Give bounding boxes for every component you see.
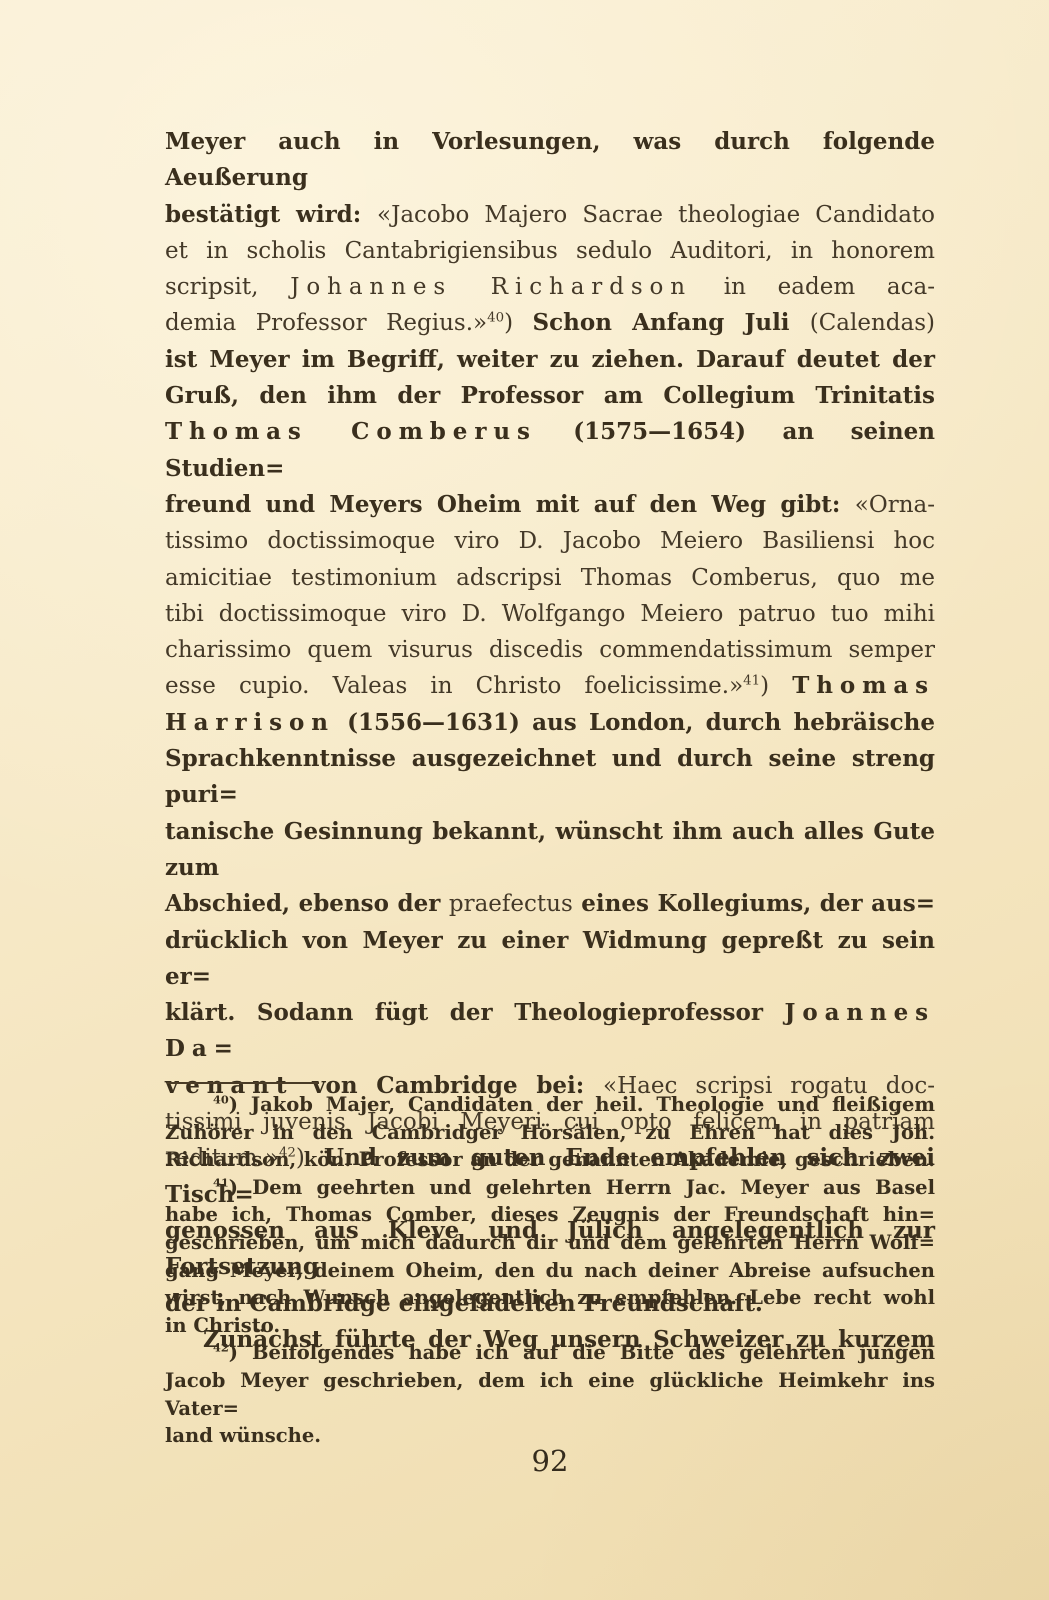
text-segment: Thomas Comberus xyxy=(165,418,537,445)
text-segment: ist Meyer im Begriff, weiter zu ziehen. … xyxy=(165,346,935,373)
text-segment: wirst, nach Wunsch angelegentlich zu emp… xyxy=(165,1286,935,1309)
footnotes-lines: 40) Jakob Majer, Candidaten der heil. Th… xyxy=(165,1091,935,1450)
text-segment: et in scholis Cantabrigiensibus sedulo A… xyxy=(165,238,935,264)
footnote-marker: 42 xyxy=(213,1341,229,1355)
text-segment: «Jacobo Majero Sacrae theologiae Candida… xyxy=(377,202,935,228)
footnote-line: wirst, nach Wunsch angelegentlich zu emp… xyxy=(165,1284,935,1312)
text-line: ist Meyer im Begriff, weiter zu ziehen. … xyxy=(165,342,935,378)
text-line: Harrison (1556—1631) aus London, durch h… xyxy=(165,705,935,741)
footnote-line: 40) Jakob Majer, Candidaten der heil. Th… xyxy=(165,1091,935,1119)
footnote-marker: 41 xyxy=(743,674,760,689)
text-line: et in scholis Cantabrigiensibus sedulo A… xyxy=(165,233,935,269)
footnote-marker: 40 xyxy=(213,1093,229,1107)
text-line: drücklich von Meyer zu einer Widmung gep… xyxy=(165,923,935,996)
text-line: tibi doctissimoque viro D. Wolfgango Mei… xyxy=(165,596,935,632)
footnote-line: 41) Dem geehrten und gelehrten Herrn Jac… xyxy=(165,1174,935,1202)
text-segment: «Orna- xyxy=(855,492,935,518)
text-line: klärt. Sodann fügt der Theologieprofesso… xyxy=(165,995,935,1068)
footnote-marker: 41 xyxy=(213,1175,229,1189)
text-line: Abschied, ebenso der praefectus eines Ko… xyxy=(165,886,935,922)
footnote-line: Richardson, kön. Professor an der genann… xyxy=(165,1146,935,1174)
text-segment: Meyer auch in Vorlesungen, was durch fol… xyxy=(165,128,935,191)
text-segment: ) Jakob Majer, Candidaten der heil. Theo… xyxy=(229,1093,935,1116)
footnotes-block: 40) Jakob Majer, Candidaten der heil. Th… xyxy=(165,1082,935,1450)
footnote-separator xyxy=(167,1082,319,1084)
text-line: esse cupio. Valeas in Christo foelicissi… xyxy=(165,668,935,704)
footnote-line: habe ich, Thomas Comber, dieses Zeugnis … xyxy=(165,1201,935,1229)
text-segment: ) xyxy=(760,673,792,699)
text-segment: gang Meyer, deinem Oheim, den du nach de… xyxy=(165,1259,935,1282)
text-segment: praefectus xyxy=(449,891,573,917)
text-line: Thomas Comberus (1575—1654) an seinen St… xyxy=(165,414,935,487)
text-segment: amicitiae testimonium adscripsi Thomas C… xyxy=(165,565,935,591)
footnote-line: gang Meyer, deinem Oheim, den du nach de… xyxy=(165,1257,935,1285)
text-segment: Abschied, ebenso der xyxy=(165,890,449,917)
footnote-line: geschrieben, um mich dadurch dir und dem… xyxy=(165,1229,935,1257)
text-line: demia Professor Regius.»40) Schon Anfang… xyxy=(165,305,935,341)
text-segment: charissimo quem visurus discedis commend… xyxy=(165,637,935,663)
text-segment: Sprachkenntnisse ausgezeichnet und durch… xyxy=(165,745,935,808)
text-segment: (Calendas) xyxy=(810,310,935,336)
text-segment: tanische Gesinnung bekannt, wünscht ihm … xyxy=(165,818,935,881)
text-segment: in eadem aca- xyxy=(692,274,935,300)
text-segment: Gruß, den ihm der Professor am Collegium… xyxy=(165,382,935,409)
text-line: freund und Meyers Oheim mit auf den Weg … xyxy=(165,487,935,523)
text-line: Meyer auch in Vorlesungen, was durch fol… xyxy=(165,124,935,197)
book-page: Meyer auch in Vorlesungen, was durch fol… xyxy=(0,0,1049,1600)
text-segment: scripsit, xyxy=(165,274,290,300)
text-segment: demia Professor Regius.» xyxy=(165,310,487,336)
text-line: amicitiae testimonium adscripsi Thomas C… xyxy=(165,560,935,596)
footnote-line: Zuhörer in den Cambridger Hörsälen, zu E… xyxy=(165,1119,935,1147)
text-segment: bestätigt wird: xyxy=(165,201,377,228)
text-segment: drücklich von Meyer zu einer Widmung gep… xyxy=(165,927,935,990)
text-line: tanische Gesinnung bekannt, wünscht ihm … xyxy=(165,814,935,887)
page-number: 92 xyxy=(165,1444,935,1478)
text-line: Sprachkenntnisse ausgezeichnet und durch… xyxy=(165,741,935,814)
text-segment: ) Beifolgendes habe ich auf die Bitte de… xyxy=(229,1341,935,1364)
text-segment: tibi doctissimoque viro D. Wolfgango Mei… xyxy=(165,601,935,627)
text-segment: esse cupio. Valeas in Christo foelicissi… xyxy=(165,673,743,699)
text-line: scripsit, Johannes Richardson in eadem a… xyxy=(165,269,935,305)
text-line: tissimo doctissimoque viro D. Jacobo Mei… xyxy=(165,523,935,559)
text-segment: habe ich, Thomas Comber, dieses Zeugnis … xyxy=(165,1203,935,1226)
footnote-line: in Christo. xyxy=(165,1312,935,1340)
text-segment: ) Dem geehrten und gelehrten Herrn Jac. … xyxy=(229,1176,935,1199)
text-segment: geschrieben, um mich dadurch dir und dem… xyxy=(165,1231,935,1254)
footnote-line: Jacob Meyer geschrieben, dem ich eine gl… xyxy=(165,1367,935,1422)
text-segment: Thomas xyxy=(792,672,935,699)
text-segment: tissimo doctissimoque viro D. Jacobo Mei… xyxy=(165,528,935,554)
text-segment: Schon Anfang Juli xyxy=(533,309,810,336)
text-segment: klärt. Sodann fügt der Theologieprofesso… xyxy=(165,999,785,1026)
text-line: bestätigt wird: «Jacobo Majero Sacrae th… xyxy=(165,197,935,233)
text-segment: (1556—1631) aus London, durch hebräische xyxy=(335,709,935,736)
text-segment: Zuhörer in den Cambridger Hörsälen, zu E… xyxy=(165,1121,935,1144)
text-segment: eines Kollegiums, der aus= xyxy=(573,890,935,917)
footnote-marker: 40 xyxy=(487,311,504,326)
text-line: charissimo quem visurus discedis commend… xyxy=(165,632,935,668)
text-line: Gruß, den ihm der Professor am Collegium… xyxy=(165,378,935,414)
text-segment: Jacob Meyer geschrieben, dem ich eine gl… xyxy=(165,1369,935,1420)
text-segment: in Christo. xyxy=(165,1314,280,1337)
footnote-line: 42) Beifolgendes habe ich auf die Bitte … xyxy=(165,1339,935,1367)
text-segment: Johannes Richardson xyxy=(290,274,692,300)
text-segment: Harrison xyxy=(165,709,335,736)
text-segment: Richardson, kön. Professor an der genann… xyxy=(165,1148,935,1171)
text-segment: ) xyxy=(504,310,532,336)
text-segment: freund und Meyers Oheim mit auf den Weg … xyxy=(165,491,855,518)
